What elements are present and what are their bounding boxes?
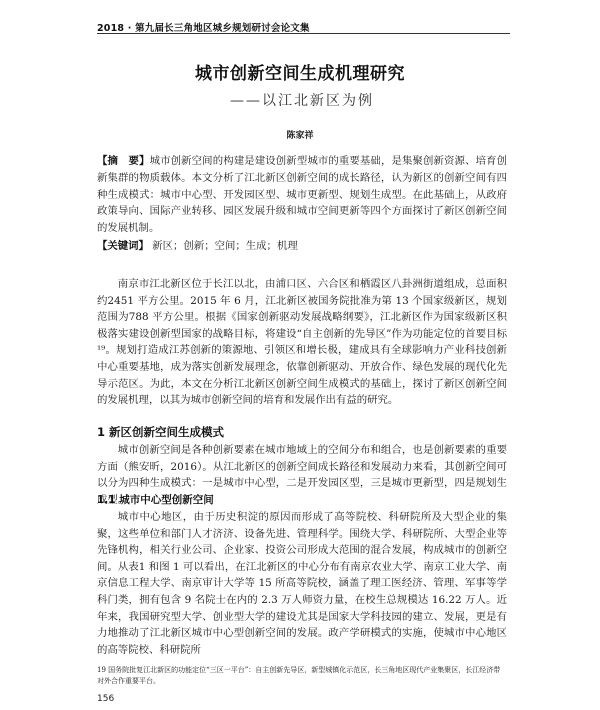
section-heading-1-1: 1.1 城市中心型创新空间 <box>97 492 214 507</box>
intro-paragraph: 南京市江北新区位于长江以北，由浦口区、六合区和栖霞区八卦洲街道组成，总面积约24… <box>97 276 507 409</box>
abstract: 【摘 要】城市创新空间的构建是建设创新型城市的重要基础，是集聚创新资源、培育创新… <box>97 153 507 237</box>
author-name: 陈家祥 <box>0 128 600 141</box>
keywords: 【关键词】 新区；创新；空间；生成；机理 <box>97 238 507 255</box>
section-1-1-paragraph: 城市中心地区，由于历史积淀的原因而形成了高等院校、科研院所及大型企业的集聚，这些… <box>97 509 507 658</box>
header-rule <box>97 33 510 34</box>
paper-title: 城市创新空间生成机理研究 <box>0 59 600 84</box>
keywords-text: 新区；创新；空间；生成；机理 <box>152 240 297 252</box>
running-head: 2018 · 第九届长三角地区城乡规划研讨会论文集 <box>97 20 510 34</box>
abstract-text: 城市创新空间的构建是建设创新型城市的重要基础，是集聚创新资源、培育创新集群的物质… <box>97 155 507 234</box>
keywords-label: 【关键词】 <box>97 240 149 252</box>
footnote: 19 国务院批复江北新区的功能定位“三区一平台”：自主创新先导区，新型城镇化示范… <box>97 665 507 687</box>
section-heading-1: 1 新区创新空间生成模式 <box>97 424 224 440</box>
paper-subtitle: ——以江北新区为例 <box>230 90 430 110</box>
abstract-label: 【摘 要】 <box>97 155 150 167</box>
page-number: 156 <box>97 694 114 704</box>
